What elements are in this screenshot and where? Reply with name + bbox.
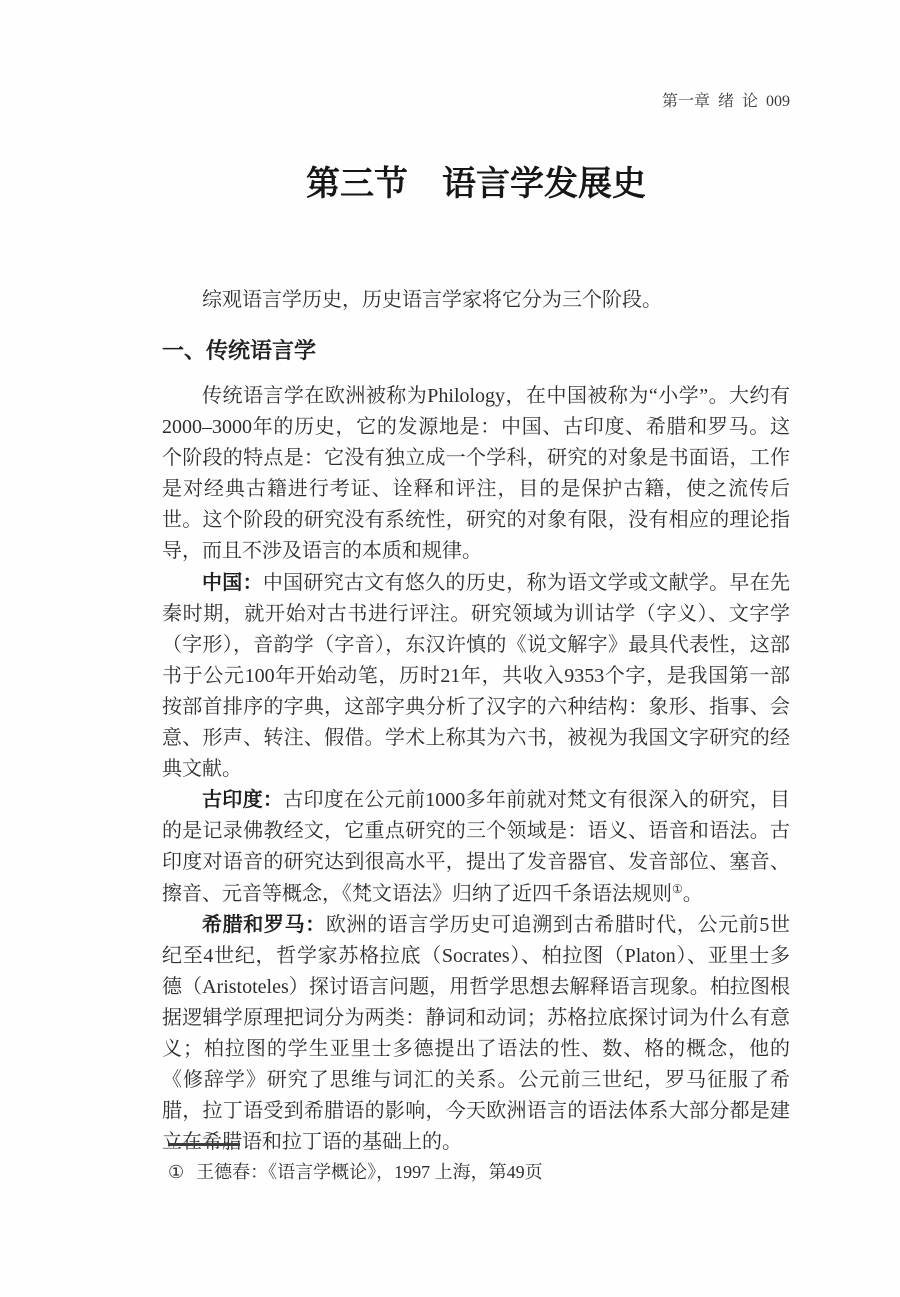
paragraph-china: 中国：中国研究古文有悠久的历史，称为语文学或文献学。早在先秦时期，就开始对古书进… bbox=[162, 568, 790, 786]
running-header-text: 第一章 绪 论 009 bbox=[662, 93, 790, 110]
paragraph-china-text: 中国研究古文有悠久的历史，称为语文学或文献学。早在先秦时期，就开始对古书进行评注… bbox=[162, 572, 790, 781]
footnote-citation: 王德春：《语言学概论》，1997 上海，第49页 bbox=[196, 1162, 543, 1182]
footnote-marker: ① bbox=[168, 1162, 184, 1182]
paragraph-greece-rome: 希腊和罗马：欧洲的语言学历史可追溯到古希腊时代，公元前5世纪至4世纪，哲学家苏格… bbox=[162, 910, 790, 1159]
paragraph-india-lead: 古印度： bbox=[202, 789, 283, 811]
footnote-text: ①王德春：《语言学概论》，1997 上海，第49页 bbox=[168, 1158, 790, 1184]
paragraph-india-text-end: 。 bbox=[683, 883, 703, 905]
footnote-ref: ① bbox=[672, 882, 683, 896]
footnote-separator bbox=[168, 1143, 240, 1146]
paragraph-greece-rome-text: 欧洲的语言学历史可追溯到古希腊时代，公元前5世纪至4世纪，哲学家苏格拉底（Soc… bbox=[162, 914, 790, 1154]
intro-paragraph: 综观语言学历史，历史语言学家将它分为三个阶段。 bbox=[162, 285, 790, 316]
running-header: 第一章 绪 论 009 bbox=[162, 70, 790, 129]
paragraph-tradition-text: 传统语言学在欧洲被称为Philology，在中国被称为“小学”。大约有2000–… bbox=[162, 385, 790, 562]
subsection-heading: 一、传统语言学 bbox=[162, 334, 790, 365]
body-text: 传统语言学在欧洲被称为Philology，在中国被称为“小学”。大约有2000–… bbox=[162, 381, 790, 1158]
paragraph-india: 古印度：古印度在公元前1000多年前就对梵文有很深入的研究，目的是记录佛教经文，… bbox=[162, 785, 790, 909]
paragraph-greece-rome-lead: 希腊和罗马： bbox=[202, 914, 326, 936]
book-page: 第一章 绪 论 009 第三节 语言学发展史 综观语言学历史，历史语言学家将它分… bbox=[0, 0, 900, 1297]
footnote: ①王德春：《语言学概论》，1997 上海，第49页 bbox=[168, 1143, 790, 1184]
section-title: 第三节 语言学发展史 bbox=[162, 156, 790, 205]
paragraph-tradition: 传统语言学在欧洲被称为Philology，在中国被称为“小学”。大约有2000–… bbox=[162, 381, 790, 568]
paragraph-china-lead: 中国： bbox=[202, 572, 263, 594]
intro-block: 综观语言学历史，历史语言学家将它分为三个阶段。 bbox=[162, 285, 790, 316]
